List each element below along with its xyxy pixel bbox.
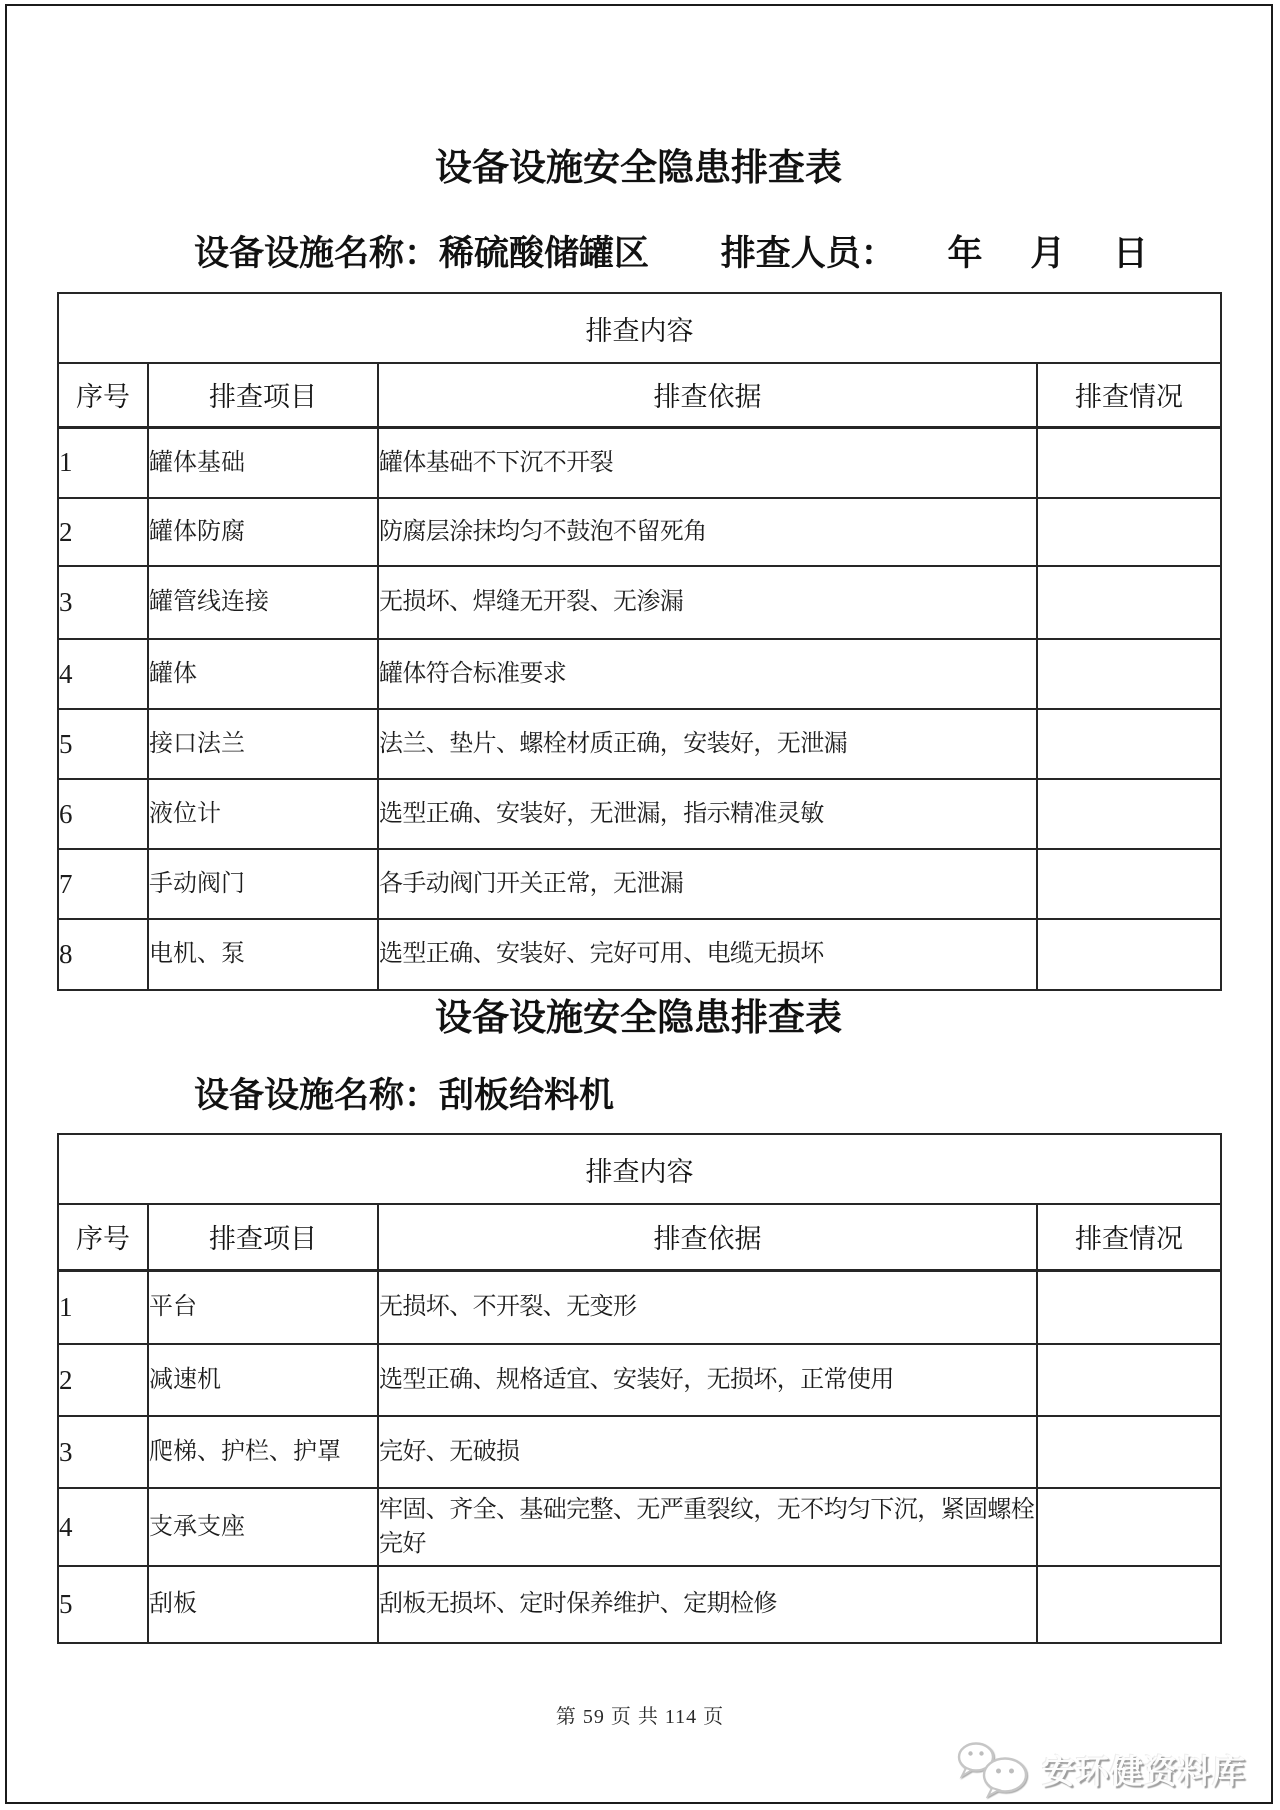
row-status (1037, 1488, 1221, 1566)
table-row: 6 液位计 选型正确、安装好，无泄漏，指示精准灵敏 (58, 779, 1221, 849)
equipment-name-label-1: 设备设施名称：稀硫酸储罐区 (194, 234, 649, 273)
col-header-status: 排查情况 (1037, 363, 1221, 427)
equipment-name-label-2: 设备设施名称：刮板给料机 (194, 1076, 614, 1115)
row-item: 减速机 (148, 1344, 378, 1416)
row-item: 液位计 (148, 779, 378, 849)
col-header-basis: 排查依据 (378, 1204, 1037, 1270)
row-basis: 刮板无损坏、定时保养维护、定期检修 (378, 1566, 1037, 1643)
table1-name-line: 设备设施名称：稀硫酸储罐区 排查人员： 年 月 日 (194, 234, 1148, 274)
inspection-table-1: 排查内容 序号 排查项目 排查依据 排查情况 1 罐体基础 罐体基础不下沉不开裂… (57, 292, 1222, 991)
table-row: 5 接口法兰 法兰、垫片、螺栓材质正确，安装好，无泄漏 (58, 709, 1221, 779)
row-no: 8 (58, 919, 148, 990)
row-no: 5 (58, 1566, 148, 1643)
table1-title: 设备设施安全隐患排查表 (57, 148, 1220, 189)
table-row: 2 罐体防腐 防腐层涂抹均匀不鼓泡不留死角 (58, 498, 1221, 566)
table-row: 4 罐体 罐体符合标准要求 (58, 639, 1221, 709)
row-item: 罐体基础 (148, 427, 378, 498)
row-item: 罐体防腐 (148, 498, 378, 566)
section-header: 排查内容 (58, 1134, 1221, 1204)
row-item: 罐体 (148, 639, 378, 709)
date-day-label: 日 (1113, 234, 1148, 273)
table-row: 3 罐管线连接 无损坏、焊缝无开裂、无渗漏 (58, 566, 1221, 639)
column-header-row: 序号 排查项目 排查依据 排查情况 (58, 363, 1221, 427)
row-basis: 法兰、垫片、螺栓材质正确，安装好，无泄漏 (378, 709, 1037, 779)
section-header: 排查内容 (58, 293, 1221, 363)
row-status (1037, 1270, 1221, 1344)
row-status (1037, 919, 1221, 990)
section-row: 排查内容 (58, 1134, 1221, 1204)
col-header-basis: 排查依据 (378, 363, 1037, 427)
row-no: 2 (58, 498, 148, 566)
wechat-bubbles-icon (952, 1740, 1036, 1798)
table-row: 1 罐体基础 罐体基础不下沉不开裂 (58, 427, 1221, 498)
row-no: 6 (58, 779, 148, 849)
col-header-item: 排查项目 (148, 363, 378, 427)
table-row: 8 电机、泵 选型正确、安装好、完好可用、电缆无损坏 (58, 919, 1221, 990)
row-basis: 罐体符合标准要求 (378, 639, 1037, 709)
inspector-label: 排查人员： (721, 234, 896, 273)
row-item: 支承支座 (148, 1488, 378, 1566)
table2-name-line: 设备设施名称：刮板给料机 (194, 1076, 614, 1116)
row-item: 罐管线连接 (148, 566, 378, 639)
inspection-table-2: 排查内容 序号 排查项目 排查依据 排查情况 1 平台 无损坏、不开裂、无变形 … (57, 1133, 1222, 1644)
column-header-row: 序号 排查项目 排查依据 排查情况 (58, 1204, 1221, 1270)
row-item: 电机、泵 (148, 919, 378, 990)
row-no: 4 (58, 639, 148, 709)
row-no: 7 (58, 849, 148, 919)
row-no: 1 (58, 427, 148, 498)
row-basis: 无损坏、不开裂、无变形 (378, 1270, 1037, 1344)
table-row: 5 刮板 刮板无损坏、定时保养维护、定期检修 (58, 1566, 1221, 1643)
date-year-label: 年 (948, 234, 983, 273)
row-basis: 牢固、齐全、基础完整、无严重裂纹，无不均匀下沉，紧固螺栓完好 (378, 1488, 1037, 1566)
row-no: 1 (58, 1270, 148, 1344)
row-basis: 无损坏、焊缝无开裂、无渗漏 (378, 566, 1037, 639)
section-row: 排查内容 (58, 293, 1221, 363)
row-item: 平台 (148, 1270, 378, 1344)
row-basis: 选型正确、规格适宜、安装好，无损坏，正常使用 (378, 1344, 1037, 1416)
row-status (1037, 498, 1221, 566)
row-item: 手动阀门 (148, 849, 378, 919)
row-status (1037, 779, 1221, 849)
row-status (1037, 1416, 1221, 1488)
row-no: 2 (58, 1344, 148, 1416)
col-header-no: 序号 (58, 1204, 148, 1270)
col-header-status: 排查情况 (1037, 1204, 1221, 1270)
row-no: 3 (58, 1416, 148, 1488)
row-status (1037, 427, 1221, 498)
row-status (1037, 709, 1221, 779)
page-number: 第 59 页 共 114 页 (0, 1700, 1280, 1729)
row-no: 3 (58, 566, 148, 639)
row-basis: 完好、无破损 (378, 1416, 1037, 1488)
row-item: 刮板 (148, 1566, 378, 1643)
row-basis: 罐体基础不下沉不开裂 (378, 427, 1037, 498)
table2-title: 设备设施安全隐患排查表 (57, 998, 1220, 1039)
watermark-text: 安环健资料库 (1042, 1746, 1246, 1793)
table-row: 2 减速机 选型正确、规格适宜、安装好，无损坏，正常使用 (58, 1344, 1221, 1416)
row-item: 爬梯、护栏、护罩 (148, 1416, 378, 1488)
row-basis: 各手动阀门开关正常，无泄漏 (378, 849, 1037, 919)
table-row: 1 平台 无损坏、不开裂、无变形 (58, 1270, 1221, 1344)
row-status (1037, 639, 1221, 709)
row-status (1037, 1344, 1221, 1416)
row-no: 5 (58, 709, 148, 779)
table-row: 3 爬梯、护栏、护罩 完好、无破损 (58, 1416, 1221, 1488)
watermark: 安环健资料库 (952, 1740, 1246, 1798)
row-basis: 防腐层涂抹均匀不鼓泡不留死角 (378, 498, 1037, 566)
row-no: 4 (58, 1488, 148, 1566)
row-status (1037, 1566, 1221, 1643)
row-status (1037, 566, 1221, 639)
date-month-label: 月 (1030, 234, 1065, 273)
table-row: 4 支承支座 牢固、齐全、基础完整、无严重裂纹，无不均匀下沉，紧固螺栓完好 (58, 1488, 1221, 1566)
col-header-item: 排查项目 (148, 1204, 378, 1270)
row-status (1037, 849, 1221, 919)
row-basis: 选型正确、安装好、完好可用、电缆无损坏 (378, 919, 1037, 990)
table-row: 7 手动阀门 各手动阀门开关正常，无泄漏 (58, 849, 1221, 919)
row-item: 接口法兰 (148, 709, 378, 779)
document-page: 设备设施安全隐患排查表 设备设施名称：稀硫酸储罐区 排查人员： 年 月 日 排查… (0, 0, 1280, 1810)
row-basis: 选型正确、安装好，无泄漏，指示精准灵敏 (378, 779, 1037, 849)
col-header-no: 序号 (58, 363, 148, 427)
